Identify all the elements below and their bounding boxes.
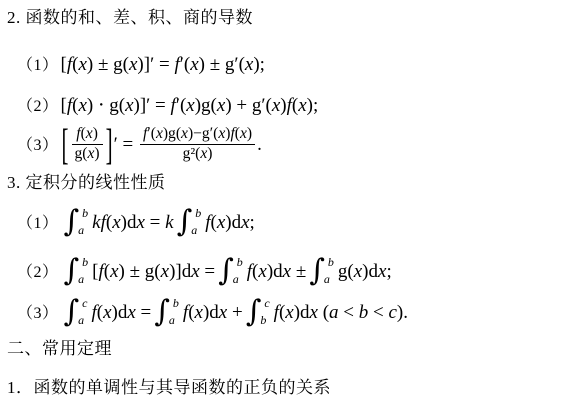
integral-scalar-rule-formula: ∫bakf(x)dx = k∫baf(x)dx; <box>61 212 255 233</box>
math-run: ′ = <box>114 134 138 155</box>
variable: x <box>78 95 86 116</box>
variable: x <box>156 125 163 142</box>
lower-bound: a <box>78 314 87 326</box>
math-run: = <box>145 212 165 233</box>
math-run: )d <box>294 302 310 323</box>
item-label: （3） <box>17 305 59 322</box>
integral-additivity-rule-formula: ∫caf(x)dx =∫baf(x)dx +∫cbf(x)dx (a < b <… <box>61 302 408 323</box>
integral-sign: ∫ <box>64 205 80 239</box>
math-run: g( <box>75 145 88 162</box>
lower-bound: a <box>78 273 88 285</box>
variable: x <box>181 125 188 142</box>
integral-bounds: cb <box>261 295 269 329</box>
integral-bounds: ba <box>79 205 88 239</box>
upper-bound: c <box>264 297 269 309</box>
math-run: ± <box>291 261 306 282</box>
integral: ∫ca <box>64 295 88 329</box>
math-run: )d <box>267 261 283 282</box>
variable: b <box>359 302 369 323</box>
integral-sign: ∫ <box>154 295 170 329</box>
variable: x <box>186 95 194 116</box>
integral-scalar-rule-line: （1）∫bakf(x)dx = k∫baf(x)dx; <box>7 204 567 242</box>
variable: x <box>298 95 306 116</box>
lower-bound: a <box>191 224 201 236</box>
math-run: ) <box>93 125 98 142</box>
variable: a <box>329 302 339 323</box>
derivative-sum-rule-line: （1）[f(x) ± g(x)]′ = f′(x) ± g′(x); <box>7 52 567 78</box>
variable: x <box>86 125 93 142</box>
lower-bound: a <box>78 224 88 236</box>
variable: c <box>388 302 396 323</box>
variable: kf <box>92 212 106 233</box>
math-run: g²( <box>183 145 201 162</box>
integral-additivity-rule-line: （3）∫caf(x)dx =∫baf(x)dx +∫cbf(x)dx (a < … <box>7 294 567 332</box>
subsection-heading-monotonicity: 1．函数的单调性与其导函数的正负的关系 <box>7 378 567 398</box>
derivative-quotient-rule-formula: [f(x)g(x)]′ = f′(x)g(x)−g′(x)f(x)g²(x). <box>61 134 262 155</box>
upper-bound: b <box>195 207 201 219</box>
integral: ∫ba <box>218 254 243 288</box>
upper-bound: b <box>82 256 88 268</box>
math-run: )]′ = <box>134 95 171 116</box>
integral: ∫cb <box>246 295 270 329</box>
math-run: g( <box>338 261 354 282</box>
math-run: )d <box>362 261 378 282</box>
variable: x <box>310 302 318 323</box>
big-bracket: [ <box>62 96 69 190</box>
upper-bound: c <box>82 297 87 309</box>
math-run: ; <box>250 212 255 233</box>
integral: ∫ba <box>309 254 334 288</box>
math-run: )]d <box>169 261 191 282</box>
integral-bounds: ba <box>170 295 179 329</box>
integral-sign: ∫ <box>64 254 80 288</box>
section-heading-integral-linearity: 3. 定积分的线性性质 <box>7 173 567 193</box>
math-run: = <box>200 261 215 282</box>
denominator: g(x) <box>72 144 103 164</box>
math-run: )g( <box>195 95 217 116</box>
math-run: < <box>368 302 388 323</box>
variable: x <box>258 261 266 282</box>
upper-bound: b <box>173 297 179 309</box>
math-run: )d <box>203 302 219 323</box>
variable: k <box>165 212 173 233</box>
denominator: g²(x) <box>140 144 255 164</box>
lower-bound: a <box>324 273 334 285</box>
variable: x <box>285 302 293 323</box>
variable: x <box>78 54 86 75</box>
big-bracket: ] <box>106 96 113 190</box>
math-run: ′( <box>176 95 186 116</box>
section-heading-common-theorems: 二、常用定理 <box>7 339 567 359</box>
math-run: )g( <box>163 125 181 142</box>
math-run: )d <box>112 302 128 323</box>
integral: ∫ba <box>64 254 89 288</box>
numerator: f(x) <box>72 125 103 144</box>
variable: x <box>219 302 227 323</box>
integral-bounds: ba <box>192 205 201 239</box>
math-run: ′( <box>147 125 156 142</box>
derivative-quotient-rule-line: （3）[f(x)g(x)]′ = f′(x)g(x)−g′(x)f(x)g²(x… <box>7 122 567 168</box>
integral: ∫ba <box>177 205 202 239</box>
variable: x <box>110 261 118 282</box>
integral: ∫ba <box>64 205 89 239</box>
variable: x <box>112 212 120 233</box>
math-run: )−g′( <box>188 125 218 142</box>
lower-bound: b <box>260 314 269 326</box>
math-run: ) + g′( <box>225 95 272 116</box>
upper-bound: b <box>328 256 334 268</box>
lower-bound: a <box>233 273 243 285</box>
math-run: )]′ = <box>137 54 174 75</box>
integral: ∫ba <box>154 295 179 329</box>
derivative-product-rule-line: （2）[f(x) ⋅ g(x)]′ = f′(x)g(x) + g′(x)f(x… <box>7 93 567 119</box>
derivative-sum-rule-formula: [f(x) ± g(x)]′ = f′(x) ± g′(x); <box>61 54 265 75</box>
math-run: ) <box>94 145 99 162</box>
integral-sign: ∫ <box>177 205 193 239</box>
math-run: ( <box>318 302 329 323</box>
math-run: ) <box>247 125 252 142</box>
math-run: ′( <box>180 54 190 75</box>
item-label: （1） <box>17 57 59 74</box>
variable: x <box>190 54 198 75</box>
item-label: （2） <box>17 98 59 115</box>
integral-bounds: ca <box>79 295 87 329</box>
fraction: f(x)g(x) <box>72 125 103 163</box>
variable: x <box>195 302 203 323</box>
integral-sign: ∫ <box>218 254 234 288</box>
variable: x <box>283 261 291 282</box>
math-run: ). <box>397 302 408 323</box>
derivative-product-rule-formula: [f(x) ⋅ g(x)]′ = f′(x)g(x) + g′(x)f(x); <box>61 95 319 116</box>
math-run: )d <box>225 212 241 233</box>
item-label: （2） <box>17 264 59 281</box>
variable: x <box>125 95 133 116</box>
upper-bound: b <box>237 256 243 268</box>
numerator: f′(x)g(x)−g′(x)f(x) <box>140 125 255 144</box>
section-heading-derivatives: 2. 函数的和、差、积、商的导数 <box>7 8 567 28</box>
integral-sign: ∫ <box>64 295 80 329</box>
variable: x <box>136 212 144 233</box>
math-run: = <box>136 302 151 323</box>
variable: x <box>354 261 362 282</box>
math-run: < <box>339 302 359 323</box>
math-run: ) ± g′( <box>199 54 245 75</box>
math-run: ) <box>207 145 212 162</box>
math-run: . <box>257 134 262 155</box>
lower-bound: a <box>169 314 179 326</box>
integral-sum-rule-line: （2）∫ba[f(x) ± g(x)]dx =∫baf(x)dx ±∫bag(x… <box>7 253 567 291</box>
integral-bounds: ba <box>234 254 243 288</box>
item-label: （1） <box>17 215 59 232</box>
math-run: )d <box>121 212 137 233</box>
integral-sum-rule-formula: ∫ba[f(x) ± g(x)]dx =∫baf(x)dx ±∫bag(x)dx… <box>61 261 392 282</box>
math-run: ) ± g( <box>87 54 129 75</box>
math-run: ; <box>386 261 391 282</box>
math-run: ); <box>253 54 265 75</box>
variable: x <box>161 261 169 282</box>
variable: x <box>241 212 249 233</box>
integral-bounds: ba <box>79 254 88 288</box>
document-page: 2. 函数的和、差、积、商的导数 （1）[f(x) ± g(x)]′ = f′(… <box>0 0 567 410</box>
variable: x <box>240 125 247 142</box>
variable: x <box>191 261 199 282</box>
integral-sign: ∫ <box>246 295 262 329</box>
variable: x <box>127 302 135 323</box>
variable: x <box>217 212 225 233</box>
integral-bounds: ba <box>325 254 334 288</box>
variable: x <box>103 302 111 323</box>
item-label: （3） <box>17 137 59 154</box>
integral-sign: ∫ <box>309 254 325 288</box>
math-run: ); <box>307 95 319 116</box>
fraction: f′(x)g(x)−g′(x)f(x)g²(x) <box>140 125 255 163</box>
upper-bound: b <box>82 207 88 219</box>
math-run: + <box>227 302 242 323</box>
math-run: ) ± g( <box>119 261 161 282</box>
